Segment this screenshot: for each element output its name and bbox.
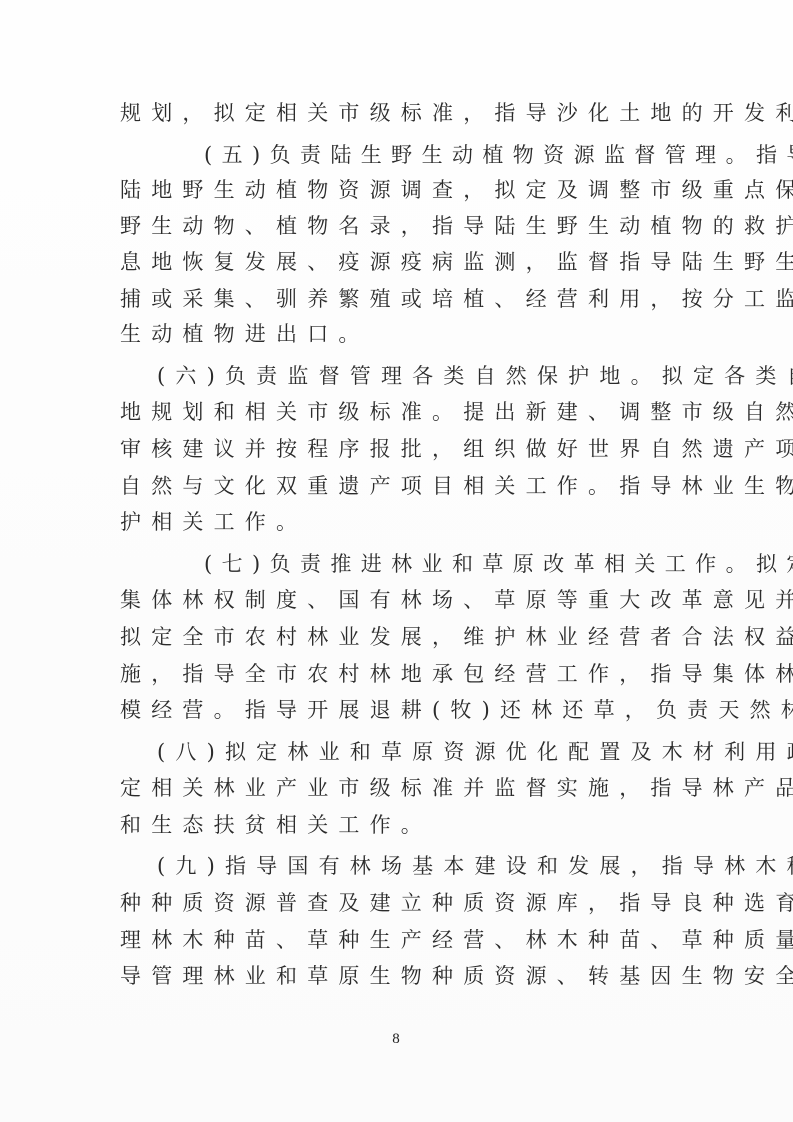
text-line: 种种质资源普查及建立种质资源库，指导良种选育推广，管 bbox=[120, 886, 668, 920]
text-line: 导管理林业和草原生物种质资源、转基因生物安全、植物新 bbox=[120, 959, 668, 993]
text-line: 规划，拟定相关市级标准，指导沙化土地的开发利用。 bbox=[120, 96, 668, 130]
text-line: 施，指导全市农村林地承包经营工作，指导集体林业湿度规 bbox=[120, 657, 668, 691]
text-line: 理林木种苗、草种生产经营、林木种苗、草种质量监督。指 bbox=[120, 923, 668, 957]
text-line: 生动植物进出口。 bbox=[120, 317, 668, 351]
paragraph-6-start: (六)负责监督管理各类自然保护地。拟定各类自然保护 bbox=[157, 359, 668, 393]
text-line: 护相关工作。 bbox=[120, 505, 668, 539]
text-line: 定相关林业产业市级标准并监督实施，指导林产品质量监督 bbox=[120, 771, 668, 805]
text-line: 野生动物、植物名录，指导陆生野生动植物的救护繁育、栖 bbox=[120, 209, 668, 243]
text-line: 地规划和相关市级标准。提出新建、调整市级自然保护地的 bbox=[120, 395, 668, 429]
paragraph-9-start: (九)指导国有林场基本建设和发展，指导林木种子、草 bbox=[157, 849, 668, 883]
page-number: 8 bbox=[386, 1031, 406, 1048]
text-line: 集体林权制度、国有林场、草原等重大改革意见并监督实施。 bbox=[120, 583, 668, 617]
text-line: 自然与文化双重遗产项目相关工作。指导林业生物多样性保 bbox=[120, 469, 668, 503]
text-line: 和生态扶贫相关工作。 bbox=[120, 808, 668, 842]
paragraph-8-start: (八)拟定林业和草原资源优化配置及木材利用政策，拟 bbox=[157, 735, 668, 769]
paragraph-7-start: (七)负责推进林业和草原改革相关工作。拟定全市 bbox=[204, 547, 668, 581]
text-line: 拟定全市农村林业发展，维护林业经营者合法权益的政策措 bbox=[120, 620, 668, 654]
text-line: 陆地野生动植物资源调查，拟定及调整市级重点保护的陆生 bbox=[120, 173, 668, 207]
text-line: 模经营。指导开展退耕(牧)还林还草，负责天然林保护工作。 bbox=[120, 693, 668, 727]
document-page: 规划，拟定相关市级标准，指导沙化土地的开发利用。 (五)负责陆生野生动植物资源监… bbox=[0, 0, 793, 1122]
text-line: 审核建议并按程序报批，组织做好世界自然遗产项目和世界 bbox=[120, 432, 668, 466]
text-line: 息地恢复发展、疫源疫病监测，监督指导陆生野生动植物猎 bbox=[120, 245, 668, 279]
paragraph-5-start: (五)负责陆生野生动植物资源监督管理。指导开展 bbox=[204, 138, 668, 172]
text-line: 捕或采集、驯养繁殖或培植、经营利用，按分工监督指导野 bbox=[120, 282, 668, 316]
